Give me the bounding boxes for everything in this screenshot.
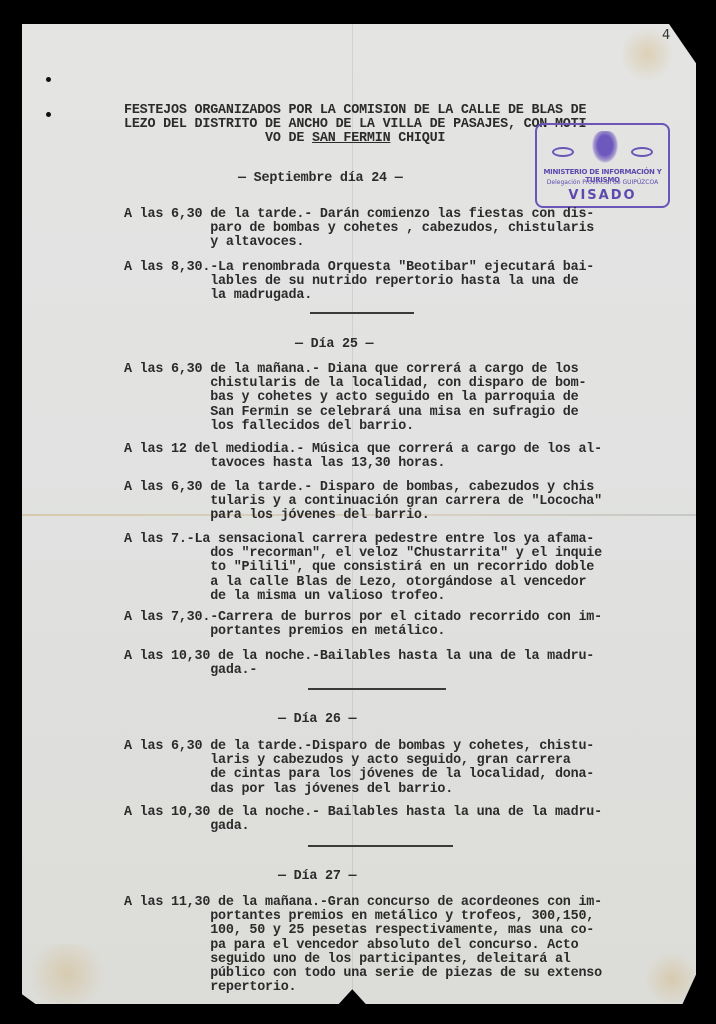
punch-hole <box>46 112 51 117</box>
stamp-eye-icon <box>552 147 574 157</box>
document-title: FESTEJOS ORGANIZADOS POR LA COMISION DE … <box>124 104 586 147</box>
stamp-status: VISADO <box>537 188 668 203</box>
stamp-eye-icon <box>631 147 653 157</box>
page-number: 4 <box>662 28 670 43</box>
day-heading-24: — Septiembre día 24 — <box>238 172 403 186</box>
event-day26-2: A las 10,30 de la noche.- Bailables hast… <box>124 806 602 834</box>
event-day25-2: A las 12 del mediodia.- Música que corre… <box>124 443 602 471</box>
event-day25-1: A las 6,30 de la mañana.- Diana que corr… <box>124 363 586 434</box>
event-day24-1: A las 6,30 de la tarde.- Darán comienzo … <box>124 208 594 251</box>
title-line-3: VO DE SAN FERMIN CHIQUI <box>265 131 445 146</box>
event-day25-5: A las 7,30.-Carrera de burros por el cit… <box>124 611 602 639</box>
event-day25-3: A las 6,30 de la tarde.- Disparo de bomb… <box>124 481 602 524</box>
title-line-1: FESTEJOS ORGANIZADOS POR LA COMISION DE … <box>124 103 586 118</box>
day-heading-25: — Día 25 — <box>295 338 373 352</box>
section-divider <box>310 312 414 314</box>
event-day25-4: A las 7.-La sensacional carrera pedestre… <box>124 533 602 604</box>
title-underlined-saint: SAN FERMIN <box>312 131 390 146</box>
event-day24-2: A las 8,30.-La renombrada Orquesta "Beot… <box>124 261 594 304</box>
coat-of-arms-icon <box>592 131 618 163</box>
section-divider <box>308 688 446 690</box>
section-divider <box>308 845 453 847</box>
event-day26-1: A las 6,30 de la tarde.-Disparo de bomba… <box>124 740 594 797</box>
visado-stamp: MINISTERIO DE INFORMACIÓN Y TURISMO Dele… <box>535 123 670 208</box>
punch-hole <box>46 77 51 82</box>
title-line-2: LEZO DEL DISTRITO DE ANCHO DE LA VILLA D… <box>124 117 586 132</box>
day-heading-27: — Día 27 — <box>278 870 356 884</box>
stamp-delegation: Delegación Provincial de GUIPÚZCOA <box>537 179 668 186</box>
paper-stain <box>642 954 702 1004</box>
day-heading-26: — Día 26 — <box>278 713 356 727</box>
event-day25-6: A las 10,30 de la noche.-Bailables hasta… <box>124 650 594 678</box>
paper-stain <box>22 944 112 1004</box>
event-day27-1: A las 11,30 de la mañana.-Gran concurso … <box>124 896 602 995</box>
